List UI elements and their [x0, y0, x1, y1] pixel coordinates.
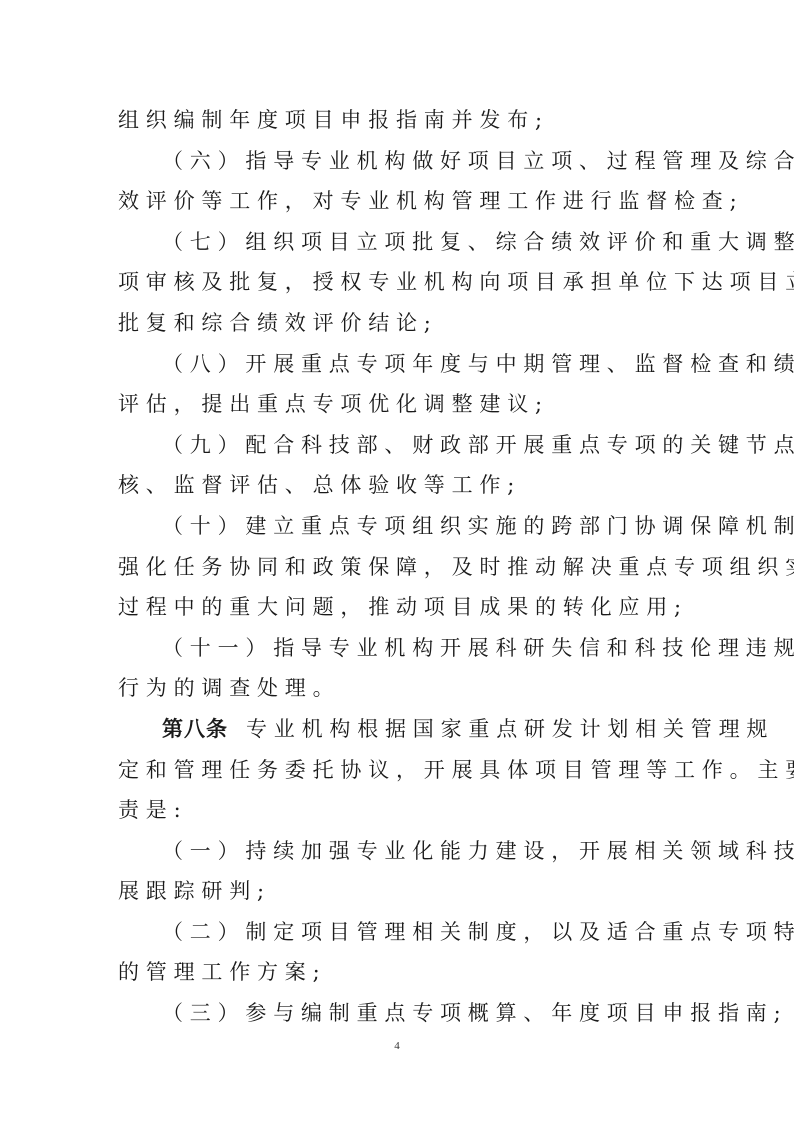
- article-8-item-3: （三）参与编制重点专项概算、年度项目申报指南;: [118, 993, 676, 1034]
- list-item-10: （十）建立重点专项组织实施的跨部门协调保障机制，: [118, 506, 676, 547]
- text-line: 组织编制年度项目申报指南并发布;: [118, 100, 676, 141]
- text-line: 展跟踪研判;: [118, 871, 676, 912]
- list-item-7: （七）组织项目立项批复、综合绩效评价和重大调整事: [118, 222, 676, 263]
- text-line: 强化任务协同和政策保障，及时推动解决重点专项组织实施: [118, 547, 676, 588]
- list-item-8: （八）开展重点专项年度与中期管理、监督检查和绩效: [118, 344, 676, 385]
- text-line: 评估，提出重点专项优化调整建议;: [118, 384, 676, 425]
- article-8-heading-line: 第八条专业机构根据国家重点研发计划相关管理规: [118, 709, 676, 750]
- article-8-item-2: （二）制定项目管理相关制度，以及适合重点专项特点: [118, 912, 676, 953]
- text-line: 效评价等工作，对专业机构管理工作进行监督检查;: [118, 181, 676, 222]
- text-line: 核、监督评估、总体验收等工作;: [118, 465, 676, 506]
- text-line: 批复和综合绩效评价结论;: [118, 303, 676, 344]
- page-number: 4: [0, 1040, 794, 1052]
- list-item-9: （九）配合科技部、财政部开展重点专项的关键节点考: [118, 425, 676, 466]
- text-line: 责是:: [118, 790, 676, 831]
- list-item-6: （六）指导专业机构做好项目立项、过程管理及综合绩: [118, 141, 676, 182]
- text-line: 定和管理任务委托协议，开展具体项目管理等工作。主要职: [118, 750, 676, 791]
- text-line: 的管理工作方案;: [118, 952, 676, 993]
- list-item-11: （十一）指导专业机构开展科研失信和科技伦理违规等: [118, 628, 676, 669]
- text-line: 行为的调查处理。: [118, 668, 676, 709]
- article-label: 第八条: [162, 717, 228, 741]
- article-8-first-line: 专业机构根据国家重点研发计划相关管理规: [246, 717, 774, 741]
- text-line: 过程中的重大问题，推动项目成果的转化应用;: [118, 587, 676, 628]
- article-8-item-1: （一）持续加强专业化能力建设，开展相关领域科技发: [118, 831, 676, 872]
- document-page: 组织编制年度项目申报指南并发布; （六）指导专业机构做好项目立项、过程管理及综合…: [118, 100, 676, 1034]
- text-line: 项审核及批复，授权专业机构向项目承担单位下达项目立项: [118, 262, 676, 303]
